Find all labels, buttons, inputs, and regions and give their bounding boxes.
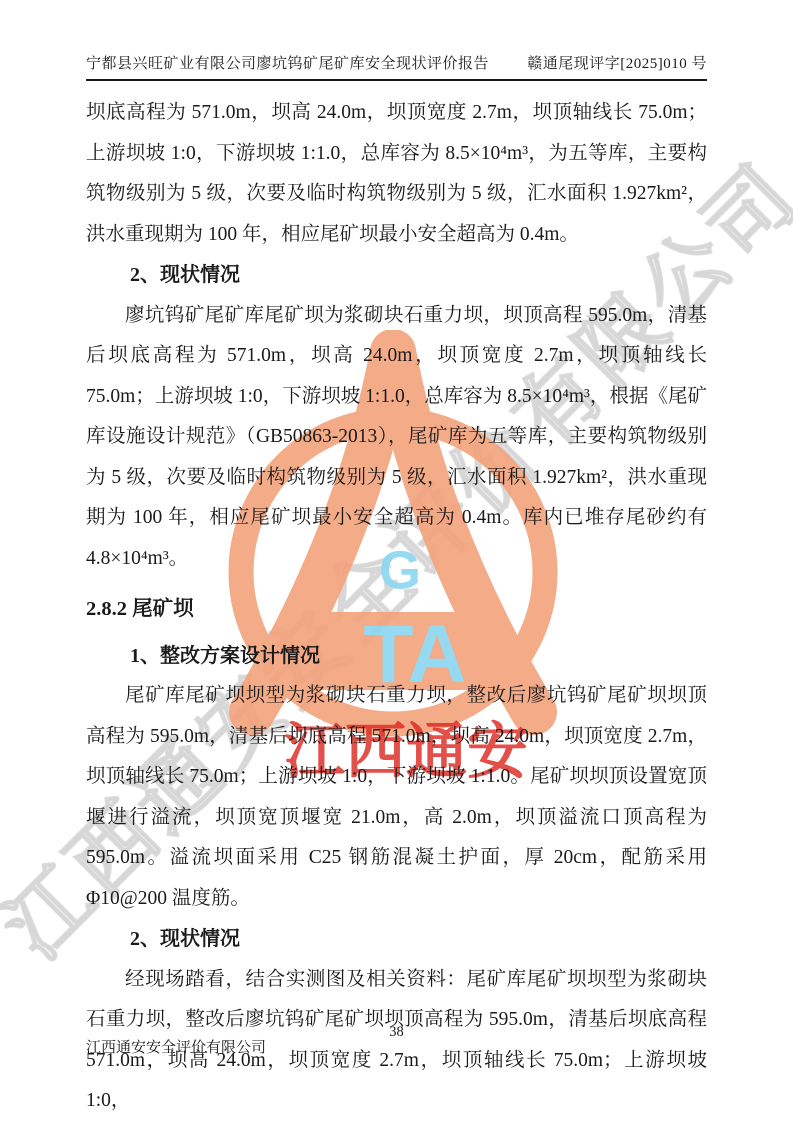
footer-company-name: 江西通安安全评价有限公司 bbox=[86, 1036, 266, 1057]
document-content: 宁都县兴旺矿业有限公司廖坑钨矿尾矿库安全现状评价报告 赣通尾现评字[2025]0… bbox=[0, 0, 793, 1122]
document-page: 江西通安安全评价有限公司 G TA 江西通安 宁都县兴旺矿业有限公司廖坑钨矿尾矿… bbox=[0, 0, 793, 1122]
paragraph-rectification-plan: 尾矿库尾矿坝坝型为浆砌块石重力坝，整改后廖坑钨矿尾矿坝坝顶高程为 595.0m，… bbox=[86, 676, 707, 919]
body-text: 坝底高程为 571.0m，坝高 24.0m，坝顶宽度 2.7m，坝顶轴线长 75… bbox=[86, 93, 707, 1122]
paragraph-current-status-1: 廖坑钨矿尾矿库尾矿坝为浆砌块石重力坝，坝顶高程 595.0m，清基后坝底高程为 … bbox=[86, 296, 707, 580]
heading-section-2-8-2: 2.8.2 尾矿坝 bbox=[86, 589, 707, 630]
paragraph-dam-parameters: 坝底高程为 571.0m，坝高 24.0m，坝顶宽度 2.7m，坝顶轴线长 75… bbox=[86, 93, 707, 255]
heading-current-status-2: 2、现状情况 bbox=[86, 919, 707, 960]
page-header: 宁都县兴旺矿业有限公司廖坑钨矿尾矿库安全现状评价报告 赣通尾现评字[2025]0… bbox=[86, 0, 707, 81]
header-report-title: 宁都县兴旺矿业有限公司廖坑钨矿尾矿库安全现状评价报告 bbox=[86, 52, 489, 73]
heading-rectification-plan: 1、整改方案设计情况 bbox=[86, 636, 707, 677]
header-doc-number: 赣通尾现评字[2025]010 号 bbox=[527, 52, 707, 73]
heading-current-status-1: 2、现状情况 bbox=[86, 255, 707, 296]
